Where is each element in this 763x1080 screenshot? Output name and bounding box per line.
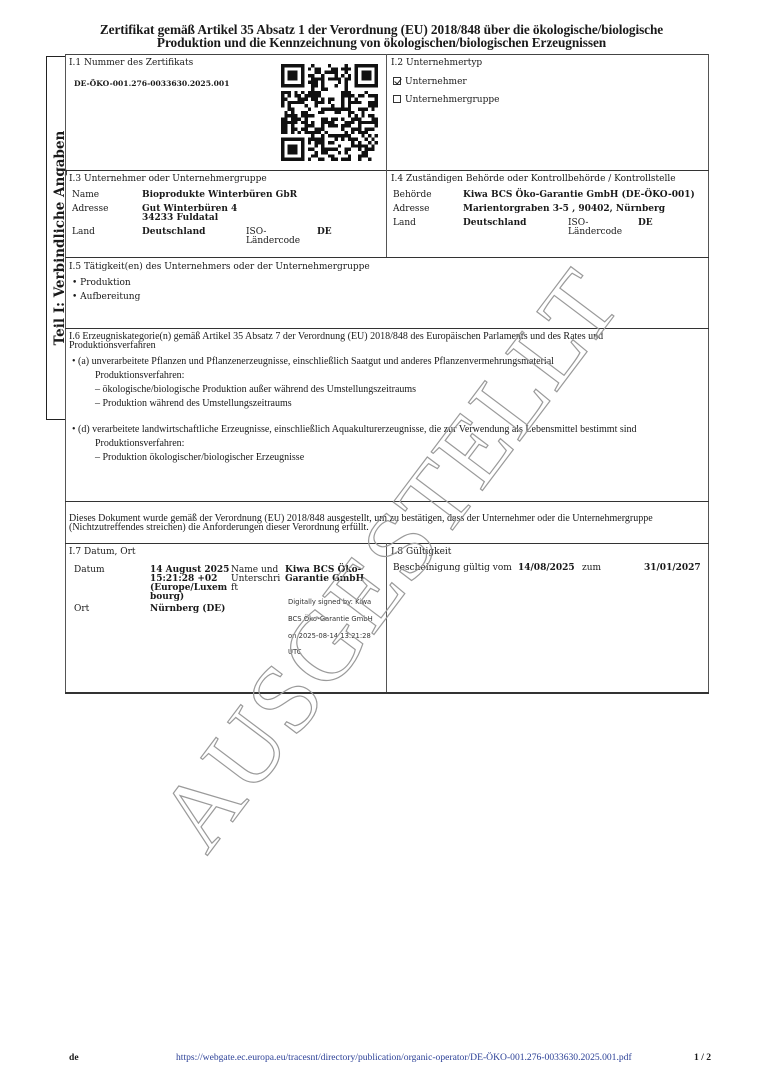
valid-to-label: zum <box>582 564 601 574</box>
category-a-method: – ökologische/biologische Produktion auß… <box>95 385 416 395</box>
date-label: Datum <box>74 566 105 576</box>
qr-code-icon <box>281 64 378 161</box>
footer-language: de <box>69 1052 79 1063</box>
signer-label: Unterschri <box>231 575 280 584</box>
certificate-number: DE-ÖKO-001.276-0033630.2025.001 <box>74 79 229 88</box>
address-label: Adresse <box>393 205 429 215</box>
checkbox-label: Unternehmergruppe <box>405 95 499 105</box>
section-label-i1: I.1 Nummer des Zertifikats <box>69 58 193 68</box>
operator-name: Bioprodukte Winterbüren GbR <box>142 191 297 201</box>
category-a-method: – Produktion während des Umstellungszeit… <box>95 399 292 409</box>
place-label: Ort <box>74 605 89 615</box>
authority-country: Deutschland <box>463 219 526 229</box>
statement-line-2: (Nichtzutreffendes streichen) die Anford… <box>69 523 369 532</box>
activity-item: • Produktion <box>72 278 131 288</box>
authority-iso-code: DE <box>638 219 653 229</box>
column-divider <box>386 54 387 257</box>
category-a-title: • (a) unverarbeitete Pflanzen und Pflanz… <box>72 357 554 367</box>
section-label-i7: I.7 Datum, Ort <box>69 547 136 557</box>
checkbox-unchecked-icon[interactable] <box>393 95 401 103</box>
address-label: Adresse <box>72 205 108 215</box>
category-d-methods-label: Produktionsverfahren: <box>95 439 184 449</box>
date-line: bourg) <box>150 593 184 602</box>
section-label-i3: I.3 Unternehmer oder Unternehmergruppe <box>69 174 267 184</box>
iso-label: Ländercode <box>568 228 622 238</box>
title-line-2: Produktion und die Kennzeichnung von öko… <box>8 36 756 49</box>
authority-address: Marientorgraben 3-5 , 90402, Nürnberg <box>463 205 665 215</box>
checkbox-checked-icon[interactable] <box>393 77 401 85</box>
name-label: Name <box>72 191 99 201</box>
country-label: Land <box>72 228 95 238</box>
divider <box>65 501 709 502</box>
valid-from-date: 14/08/2025 <box>518 564 575 574</box>
authority-label: Behörde <box>393 191 432 201</box>
valid-from-label: Bescheinigung gültig vom <box>393 564 512 574</box>
operator-country: Deutschland <box>142 228 205 238</box>
digital-signature-line: Digitally signed by: Kiwa <box>288 598 371 606</box>
activity-item: • Aufbereitung <box>72 292 140 302</box>
digital-signature-line: on 2025-08-14 13:21:28 <box>288 632 371 640</box>
divider <box>65 328 709 329</box>
section-label-i2: I.2 Unternehmertyp <box>391 58 482 68</box>
section-label-i5: I.5 Tätigkeit(en) des Unternehmers oder … <box>69 262 370 272</box>
iso-label: Ländercode <box>246 237 300 247</box>
operator-iso-code: DE <box>317 228 332 238</box>
category-d-title: • (d) verarbeitete landwirtschaftliche E… <box>72 425 637 435</box>
checkbox-unternehmer[interactable]: Unternehmer <box>393 77 467 88</box>
category-a-methods-label: Produktionsverfahren: <box>95 371 184 381</box>
section-label-i8: I.8 Gültigkeit <box>391 547 451 557</box>
page-number: 1 / 2 <box>694 1052 711 1063</box>
digital-signature-line: UTC <box>288 648 301 656</box>
checkbox-label: Unternehmer <box>405 77 467 87</box>
section-label-i4: I.4 Zuständigen Behörde oder Kontrollbeh… <box>391 174 676 184</box>
section-label-i6-cont: Produktionsverfahren <box>69 341 156 350</box>
authority-name: Kiwa BCS Öko-Garantie GmbH (DE-ÖKO-001) <box>463 191 695 201</box>
column-divider <box>386 543 387 692</box>
country-label: Land <box>393 219 416 229</box>
signer-label: ft <box>231 584 238 593</box>
place-value: Nürnberg (DE) <box>150 605 225 615</box>
divider <box>65 692 709 694</box>
digital-signature-line: BCS Öko-Garantie GmbH <box>288 615 373 623</box>
valid-to-date: 31/01/2027 <box>644 564 701 574</box>
divider <box>65 170 709 171</box>
divider <box>65 257 709 258</box>
operator-address-line2: 34233 Fuldatal <box>142 214 218 224</box>
footer-url-link[interactable]: https://webgate.ec.europa.eu/tracesnt/di… <box>176 1052 632 1063</box>
signer-value: Garantie GmbH <box>285 575 364 584</box>
divider <box>65 543 709 544</box>
category-d-method: – Produktion ökologischer/biologischer E… <box>95 453 304 463</box>
checkbox-unternehmergruppe[interactable]: Unternehmergruppe <box>393 95 499 106</box>
document-title: Zertifikat gemäß Artikel 35 Absatz 1 der… <box>8 23 756 49</box>
